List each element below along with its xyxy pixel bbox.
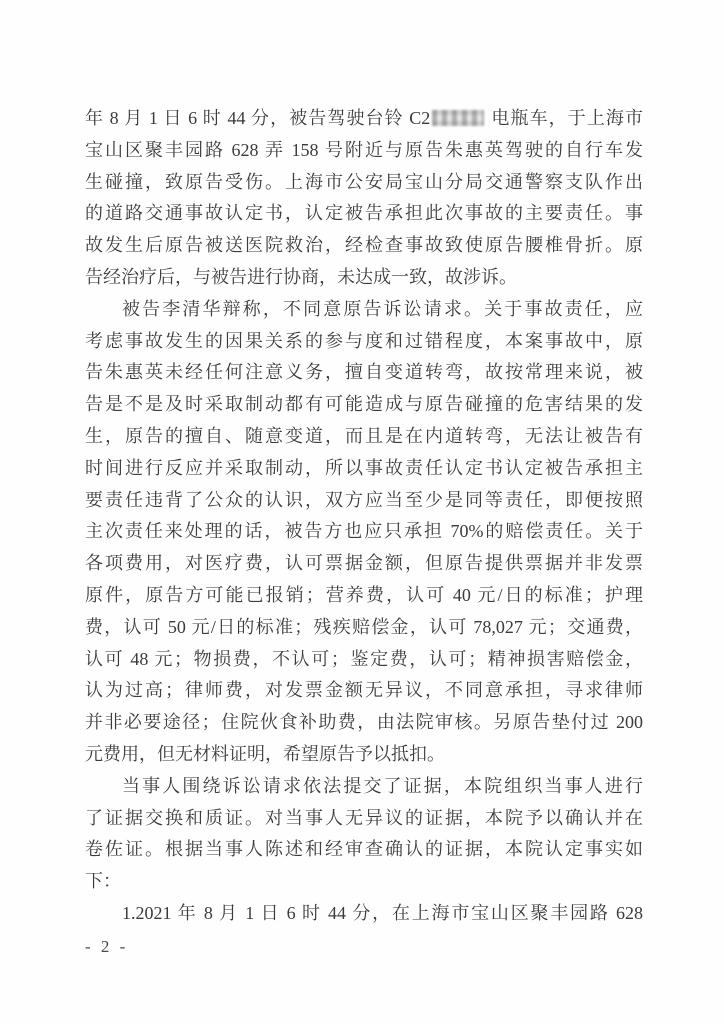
redacted-plate-number xyxy=(432,110,484,126)
text-line: 元费用，但无材料证明，希望原告予以抵扣。 xyxy=(85,739,643,771)
text-line: 原件，原告方可能已报销；营养费，认可 40 元/日的标准；护理 xyxy=(85,580,643,612)
document-text: 年 8 月 1 日 6 时 44 分，被告驾驶台铃 C2电瓶车，于上海市 宝山区… xyxy=(85,103,643,930)
text-line: 1.2021 年 8 月 1 日 6 时 44 分，在上海市宝山区聚丰园路 62… xyxy=(85,898,643,930)
text-line: 告朱惠英未经任何注意义务，擅自变道转弯，故按常理来说，被 xyxy=(85,357,643,389)
text-line: 的道路交通事故认定书，认定被告承担此次事故的主要责任。事 xyxy=(85,198,643,230)
text-line: 告经治疗后，与被告进行协商，未达成一致，故涉诉。 xyxy=(85,262,643,294)
text-line: 下： xyxy=(85,866,643,898)
text-line: 认可 48 元；物损费，不认可；鉴定费，认可；精神损害赔偿金， xyxy=(85,644,643,676)
text-line: 生碰撞，致原告受伤。上海市公安局宝山分局交通警察支队作出 xyxy=(85,167,643,199)
text-line: 时间进行反应并采取制动，所以事故责任认定书认定被告承担主 xyxy=(85,453,643,485)
text-line: 告是不是及时采取制动都有可能造成与原告碰撞的危害结果的发 xyxy=(85,389,643,421)
text-line: 各项费用，对医疗费，认可票据金额，但原告提供票据并非发票 xyxy=(85,548,643,580)
text-line: 当事人围绕诉讼请求依法提交了证据，本院组织当事人进行 xyxy=(85,771,643,803)
text-after-redaction: 电瓶车，于上海市 xyxy=(490,108,643,128)
text-line: 考虑事故发生的因果关系的参与度和过错程度，本案事故中，原 xyxy=(85,326,643,358)
text-line: 宝山区聚丰园路 628 弄 158 号附近与原告朱惠英驾驶的自行车发 xyxy=(85,135,643,167)
text-line: 要责任违背了公众的认识，双方应当至少是同等责任，即便按照 xyxy=(85,485,643,517)
text-line: 年 8 月 1 日 6 时 44 分，被告驾驶台铃 C2电瓶车，于上海市 xyxy=(85,103,643,135)
text-line: 认为过高；律师费，对发票金额无异议，不同意承担，寻求律师 xyxy=(85,675,643,707)
text-before-redaction: 年 8 月 1 日 6 时 44 分，被告驾驶台铃 C2 xyxy=(85,108,430,128)
text-line: 生，原告的擅自、随意变道，而且是在内道转弯，无法让被告有 xyxy=(85,421,643,453)
text-line: 了证据交换和质证。对当事人无异议的证据，本院予以确认并在 xyxy=(85,803,643,835)
text-line: 卷佐证。根据当事人陈述和经审查确认的证据，本院认定事实如 xyxy=(85,834,643,866)
text-line: 主次责任来处理的话，被告方也应只承担 70%的赔偿责任。关于 xyxy=(85,516,643,548)
document-page: 年 8 月 1 日 6 时 44 分，被告驾驶台铃 C2电瓶车，于上海市 宝山区… xyxy=(0,0,724,1024)
text-line: 费，认可 50 元/日的标准；残疾赔偿金，认可 78,027 元；交通费， xyxy=(85,612,643,644)
text-line: 被告李清华辩称，不同意原告诉讼请求。关于事故责任，应 xyxy=(85,294,643,326)
text-line: 故发生后原告被送医院救治，经检查事故致使原告腰椎骨折。原 xyxy=(85,230,643,262)
text-line: 并非必要途径；住院伙食补助费，由法院审核。另原告垫付过 200 xyxy=(85,707,643,739)
page-number: - 2 - xyxy=(85,936,128,958)
